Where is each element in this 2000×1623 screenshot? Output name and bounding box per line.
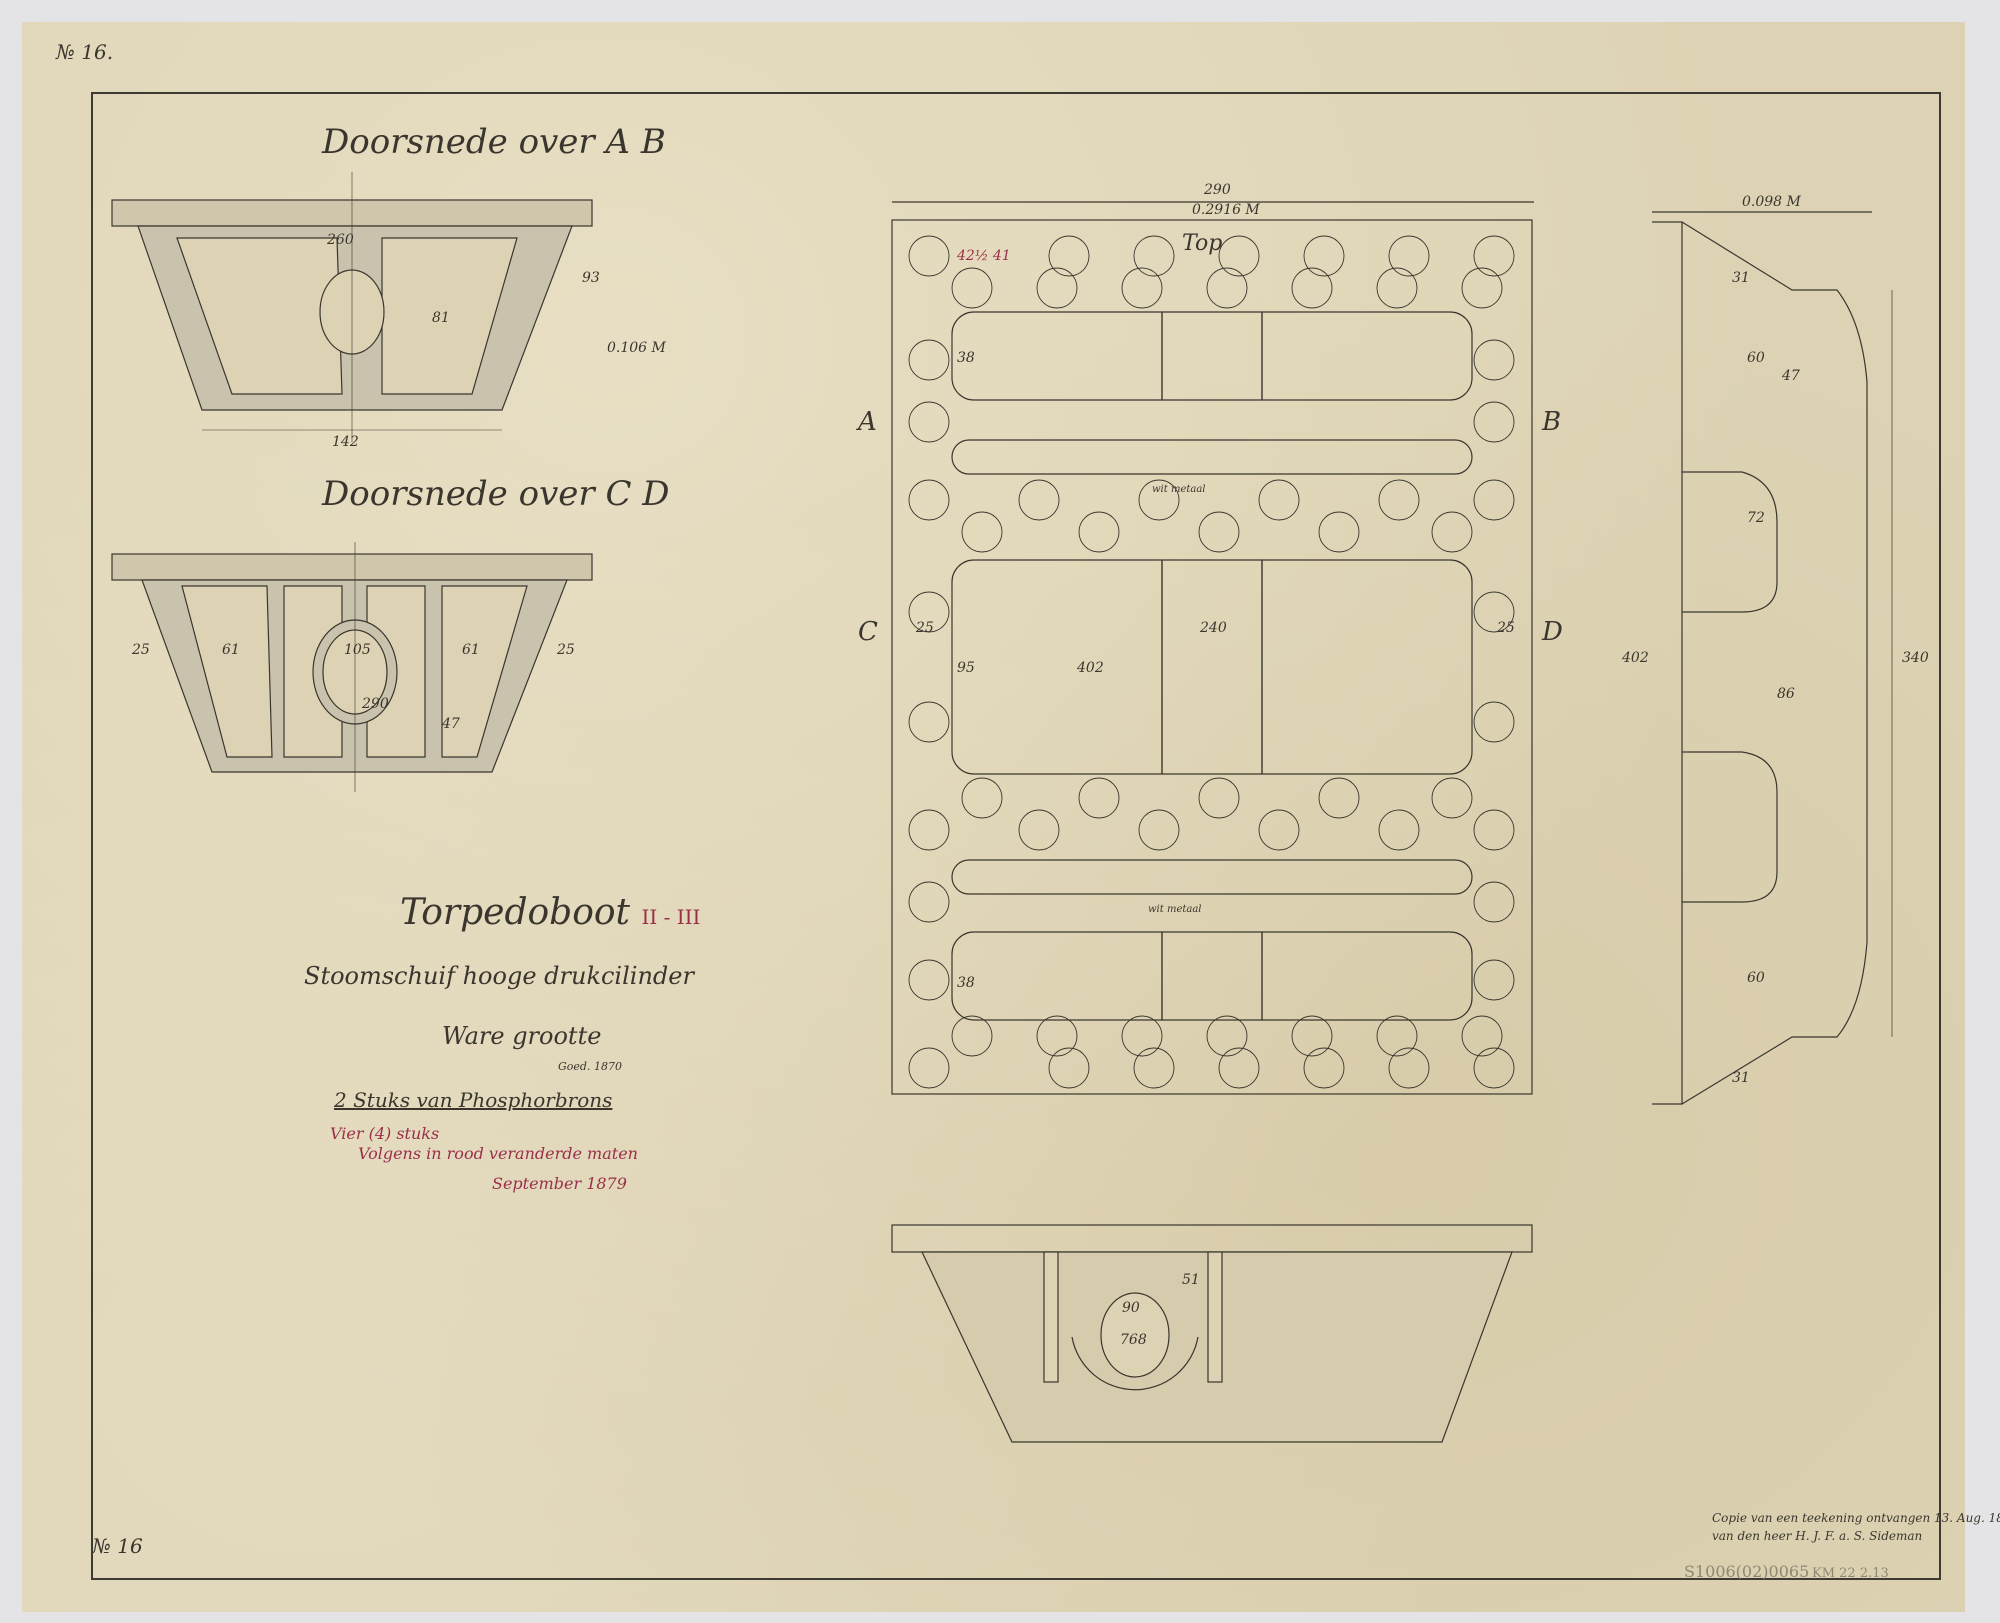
svg-text:38: 38 bbox=[957, 350, 975, 366]
svg-text:B: B bbox=[1541, 407, 1561, 437]
bottom-view-drawing: 90 768 51 bbox=[892, 1225, 1532, 1442]
svg-text:25: 25 bbox=[556, 642, 575, 658]
svg-text:72: 72 bbox=[1747, 510, 1765, 526]
svg-text:47: 47 bbox=[1781, 368, 1800, 384]
svg-text:105: 105 bbox=[344, 642, 371, 658]
plan-drawing: 290 0.2916 M Top A B C D bbox=[856, 182, 1563, 1094]
svg-text:25: 25 bbox=[1496, 620, 1515, 636]
svg-text:0.098 M: 0.098 M bbox=[1742, 194, 1802, 210]
svg-text:81: 81 bbox=[432, 310, 450, 326]
svg-text:38: 38 bbox=[957, 975, 975, 991]
svg-text:25: 25 bbox=[131, 642, 150, 658]
svg-text:340: 340 bbox=[1902, 650, 1929, 666]
svg-text:A: A bbox=[856, 407, 877, 437]
svg-text:93: 93 bbox=[582, 270, 600, 286]
svg-text:25: 25 bbox=[915, 620, 934, 636]
side-elevation-drawing: 0.098 M 340 402 31 60 47 72 86 60 31 bbox=[1621, 194, 1929, 1104]
svg-text:86: 86 bbox=[1777, 686, 1795, 702]
svg-text:51: 51 bbox=[1182, 1272, 1200, 1288]
svg-text:240: 240 bbox=[1199, 620, 1227, 636]
svg-text:402: 402 bbox=[1076, 660, 1104, 676]
svg-text:Top: Top bbox=[1182, 231, 1222, 256]
svg-text:0.106 M: 0.106 M bbox=[607, 340, 667, 356]
svg-text:768: 768 bbox=[1120, 1332, 1147, 1348]
svg-text:D: D bbox=[1541, 617, 1563, 647]
svg-text:290: 290 bbox=[1203, 182, 1231, 198]
svg-text:C: C bbox=[858, 617, 878, 647]
svg-text:31: 31 bbox=[1732, 1070, 1750, 1086]
svg-text:95: 95 bbox=[957, 660, 975, 676]
svg-text:31: 31 bbox=[1732, 270, 1750, 286]
drawing-sheet: № 16. Doorsnede over A B Doorsnede over … bbox=[22, 22, 1965, 1612]
technical-drawings: 260 142 81 93 0.106 M 25 61 105 61 bbox=[22, 22, 1965, 1612]
svg-text:47: 47 bbox=[441, 716, 460, 732]
svg-text:90: 90 bbox=[1122, 1300, 1140, 1316]
svg-text:42½ 41: 42½ 41 bbox=[956, 248, 1011, 264]
svg-text:60: 60 bbox=[1747, 350, 1765, 366]
svg-text:0.2916 M: 0.2916 M bbox=[1192, 202, 1260, 218]
dim-ab-top: 260 bbox=[326, 232, 354, 248]
section-cd-drawing: 25 61 105 61 25 290 47 bbox=[112, 542, 592, 792]
svg-text:290: 290 bbox=[361, 696, 389, 712]
svg-text:402: 402 bbox=[1621, 650, 1649, 666]
svg-text:61: 61 bbox=[462, 642, 480, 658]
svg-text:wit metaal: wit metaal bbox=[1152, 484, 1206, 495]
svg-text:142: 142 bbox=[332, 434, 359, 450]
svg-text:wit metaal: wit metaal bbox=[1148, 904, 1202, 915]
svg-text:60: 60 bbox=[1747, 970, 1765, 986]
svg-text:61: 61 bbox=[222, 642, 240, 658]
section-ab-drawing: 260 142 81 93 0.106 M bbox=[112, 172, 667, 450]
